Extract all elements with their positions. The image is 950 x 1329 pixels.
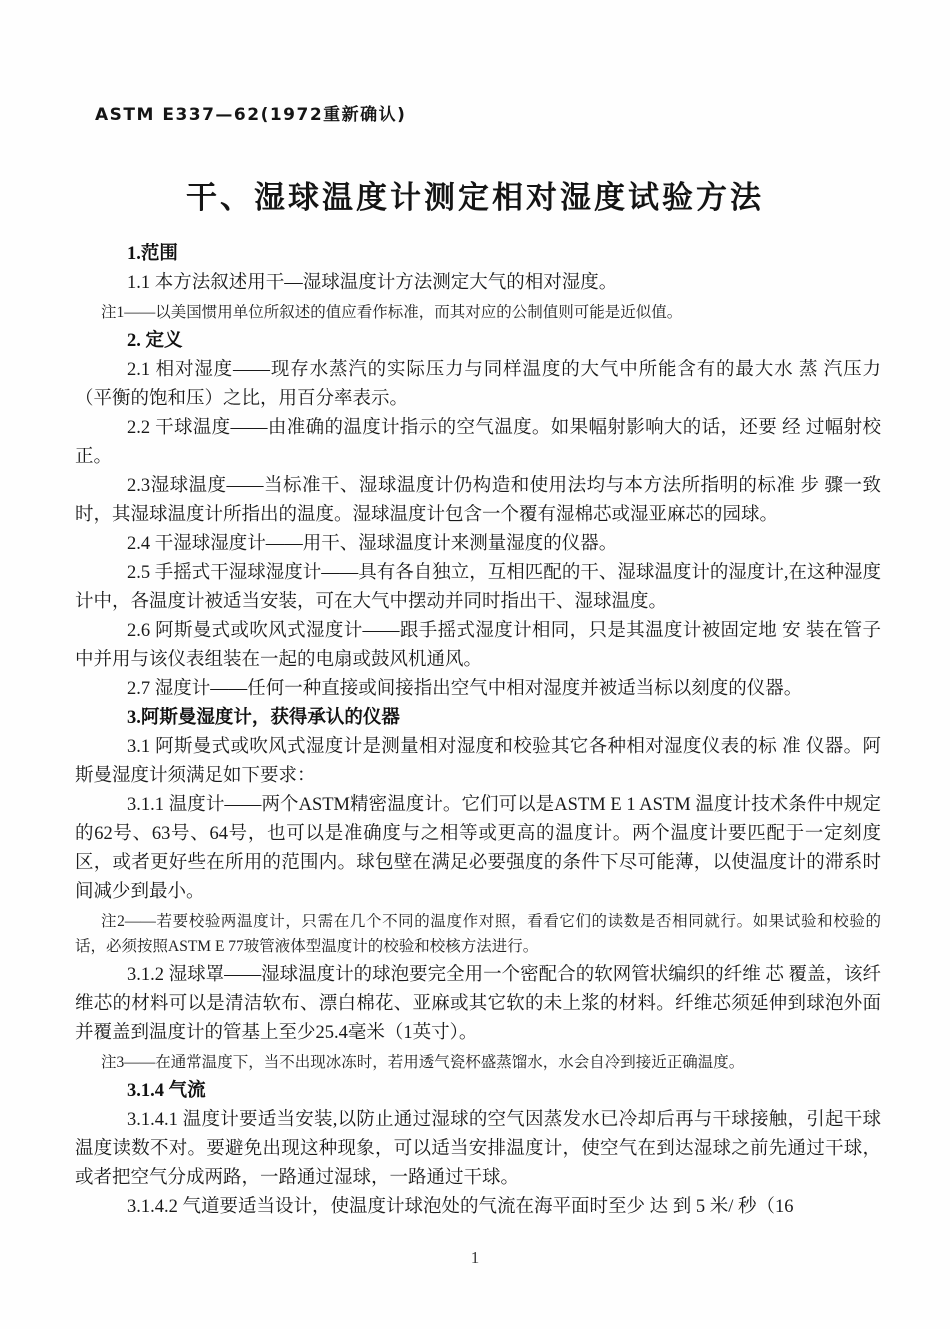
clause-2-2: 2.2 干球温度——由准确的温度计指示的空气温度。如果幅射影响大的话，还要 经 … [75, 414, 881, 472]
note-3: 注3——在通常温度下，当不出现冰冻时，若用透气瓷杯盛蒸馏水，水会自冷到接近正确温… [75, 1050, 881, 1075]
document-title: 干、湿球温度计测定相对湿度试验方法 [0, 172, 950, 217]
clause-1-1: 1.1 本方法叙述用干—湿球温度计方法测定大气的相对湿度。 [75, 269, 881, 298]
clause-2-3: 2.3湿球温度——当标准干、湿球温度计仍构造和使用法均与本方法所指明的标准 步 … [75, 472, 881, 530]
clause-2-1: 2.1 相对湿度——现存水蒸汽的实际压力与同样温度的大气中所能含有的最大水 蒸 … [75, 356, 881, 414]
clause-3-1-2: 3.1.2 湿球罩——湿球温度计的球泡要完全用一个密配合的软网管状编织的纤维 芯… [75, 961, 881, 1048]
clause-3-1-1: 3.1.1 温度计——两个ASTM精密温度计。它们可以是ASTM E 1 AST… [75, 791, 881, 907]
clause-3-1-4-heading: 3.1.4 气流 [75, 1077, 881, 1106]
clause-2-5: 2.5 手摇式干湿球湿度计——具有各自独立，互相匹配的干、湿球温度计的湿度计,在… [75, 559, 881, 617]
section-1-heading: 1.范围 [75, 240, 881, 269]
clause-3-1: 3.1 阿斯曼式或吹风式湿度计是测量相对湿度和校验其它各种相对湿度仪表的标 准 … [75, 733, 881, 791]
clause-2-4: 2.4 干湿球湿度计——用干、湿球温度计来测量湿度的仪器。 [75, 530, 881, 559]
note-1: 注1——以美国惯用单位所叙述的值应看作标准，而其对应的公制值则可能是近似值。 [75, 300, 881, 325]
standard-designation: ASTM E337—62(1972重新确认) [95, 100, 406, 125]
note-2: 注2——若要校验两温度计，只需在几个不同的温度作对照，看看它们的读数是否相同就行… [75, 909, 881, 959]
clause-2-6: 2.6 阿斯曼式或吹风式湿度计——跟手摇式湿度计相同，只是其温度计被固定地 安 … [75, 617, 881, 675]
clause-3-1-4-2: 3.1.4.2 气道要适当设计，使温度计球泡处的气流在海平面时至少 达 到 5 … [75, 1193, 881, 1222]
clause-3-1-4-1: 3.1.4.1 温度计要适当安装,以防止通过湿球的空气因蒸发水已冷却后再与干球接… [75, 1106, 881, 1193]
clause-2-7: 2.7 湿度计——任何一种直接或间接指出空气中相对湿度并被适当标以刻度的仪器。 [75, 675, 881, 704]
section-3-heading: 3.阿斯曼湿度计，获得承认的仪器 [75, 704, 881, 733]
page-number: 1 [0, 1248, 950, 1268]
section-2-heading: 2. 定义 [75, 327, 881, 356]
document-body: 1.范围 1.1 本方法叙述用干—湿球温度计方法测定大气的相对湿度。 注1——以… [75, 240, 881, 1222]
scanned-document-page: ASTM E337—62(1972重新确认) 干、湿球温度计测定相对湿度试验方法… [0, 0, 950, 1329]
